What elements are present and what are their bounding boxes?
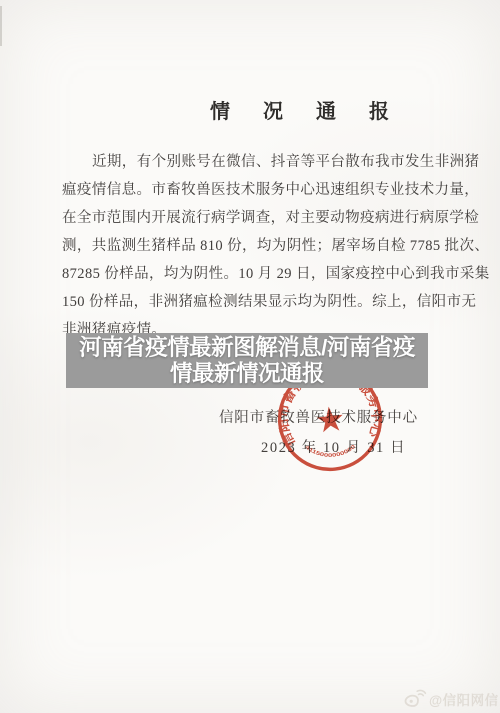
star-icon: ★ <box>313 401 347 441</box>
overlay-headline-line1: 河南省疫情最新图解消息/河南省疫 <box>79 335 415 361</box>
watermark: @信阳网信 <box>403 688 499 710</box>
body-line: 近期，有个别账号在微信、抖音等平台散布我市发生非洲猪 <box>62 150 432 172</box>
watermark-handle: @信阳网信 <box>429 689 499 709</box>
svg-text:4115000000000: 4115000000000 <box>303 439 358 461</box>
photo-edge-artifact <box>0 6 2 46</box>
body-line: 在全市范围内开展流行病学调查，对主要动物疫病进行病原学检 <box>62 206 432 228</box>
overlay-headline-banner: 河南省疫情最新图解消息/河南省疫 情最新情况通报 <box>66 333 428 388</box>
body-line: 150 份样品，非洲猪瘟检测结果显示均为阴性。综上，信阳市无 <box>62 290 432 312</box>
body-line: 87285 份样品，均为阴性。10 月 29 日，国家疫控中心到我市采集 <box>62 262 432 284</box>
overlay-headline-line2: 情最新情况通报 <box>170 361 324 387</box>
document-photo: 情 况 通 报 近期，有个别账号在微信、抖音等平台散布我市发生非洲猪 瘟疫情信息… <box>0 0 500 713</box>
body-line: 瘟疫情信息。市畜牧兽医技术服务中心迅速组织专业技术力量， <box>62 178 432 200</box>
document-title: 情 况 通 报 <box>210 95 403 124</box>
body-line: 测，共监测生猪样品 810 份，均为阴性；屠宰场自检 7785 批次、 <box>62 234 432 256</box>
seal-code: 4115000000000 <box>303 439 358 461</box>
weibo-icon <box>403 689 427 709</box>
